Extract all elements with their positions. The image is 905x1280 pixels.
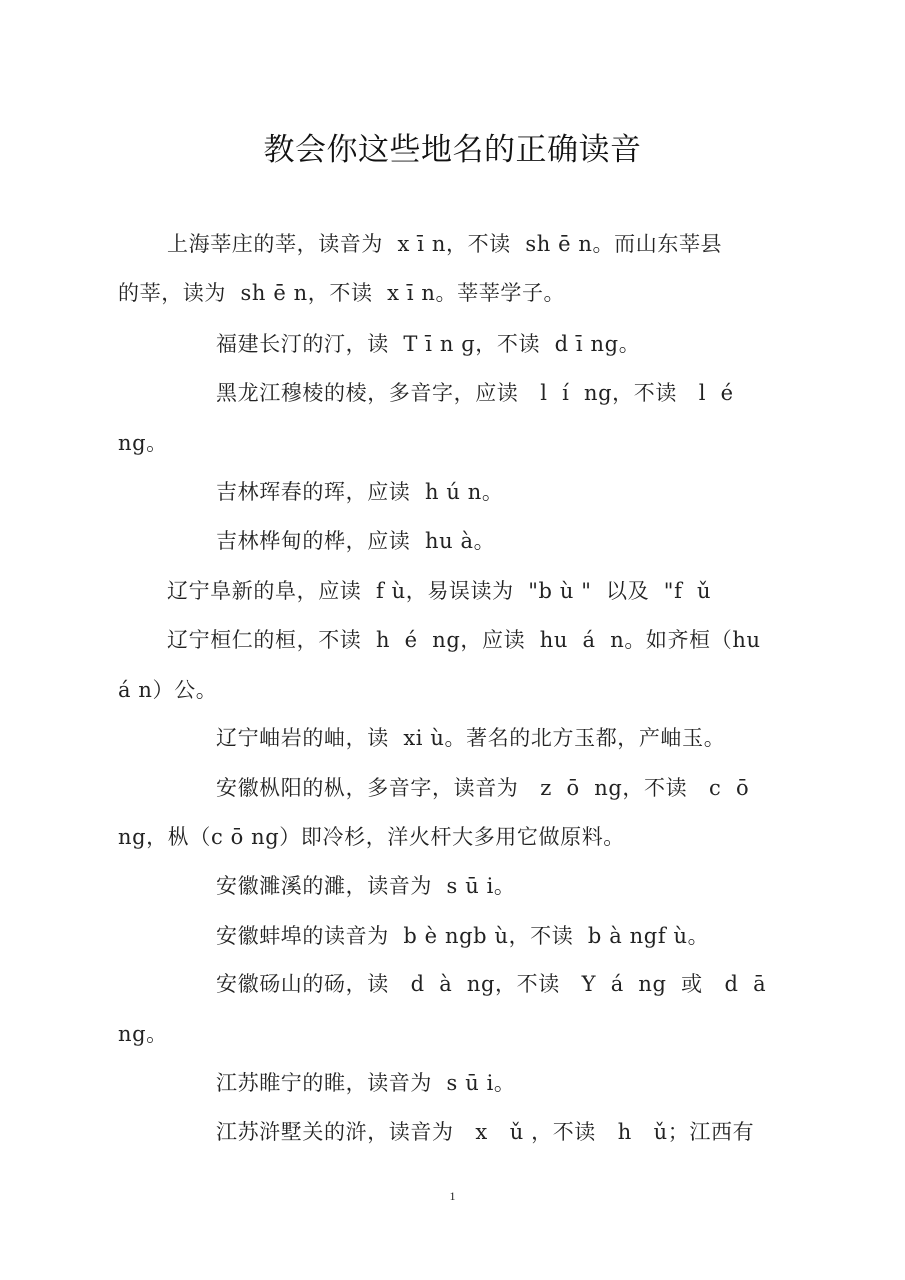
text-line: 辽宁桓仁的桓，不读 h é ng，应读 hu á n。如齐桓（hu — [167, 625, 761, 655]
text-line: 吉林桦甸的桦，应读 hu à。 — [216, 526, 495, 556]
text-line: 安徽蚌埠的读音为 b è ngb ù，不读 b à ngf ù。 — [216, 921, 709, 951]
document-page: 教会你这些地名的正确读音 上海莘庄的莘，读音为 x ī n，不读 sh ē n。… — [0, 0, 905, 1280]
text-line: 安徽枞阳的枞，多音字，读音为 z ō ng，不读 c ō — [216, 773, 749, 803]
text-line: ng。 — [118, 1019, 168, 1049]
text-line: 安徽濉溪的濉，读音为 s ū i。 — [216, 871, 516, 901]
text-line: ng。 — [118, 428, 168, 458]
text-line: á n）公。 — [118, 675, 217, 705]
document-title: 教会你这些地名的正确读音 — [0, 128, 905, 172]
text-line: 黑龙江穆棱的棱，多音字，应读 l í ng，不读 l é — [216, 378, 734, 408]
page-number: 1 — [0, 1188, 905, 1204]
text-line: 吉林珲春的珲，应读 h ú n。 — [216, 477, 503, 507]
text-line: ng，枞（c ō ng）即冷杉，洋火杆大多用它做原料。 — [118, 822, 625, 852]
text-line: 辽宁阜新的阜，应读 f ù，易误读为 "b ù " 以及 "f ǔ — [167, 576, 711, 606]
text-line: 江苏浒墅关的浒，读音为 x ǔ ，不读 h ǔ；江西有 — [216, 1117, 754, 1147]
text-line: 辽宁岫岩的岫，读 xi ù。著名的北方玉都，产岫玉。 — [216, 723, 725, 753]
text-line: 福建长汀的汀，读 T ī n ɡ，不读 d ī ng。 — [216, 329, 640, 359]
text-line: 的莘，读为 sh ē n，不读 x ī n。莘莘学子。 — [118, 278, 565, 308]
text-line: 上海莘庄的莘，读音为 x ī n，不读 sh ē n。而山东莘县 — [167, 229, 722, 259]
text-line: 安徽砀山的砀，读 d à ng，不读 Y á ng 或 d ā — [216, 969, 766, 999]
text-line: 江苏睢宁的睢，读音为 s ū i。 — [216, 1068, 516, 1098]
